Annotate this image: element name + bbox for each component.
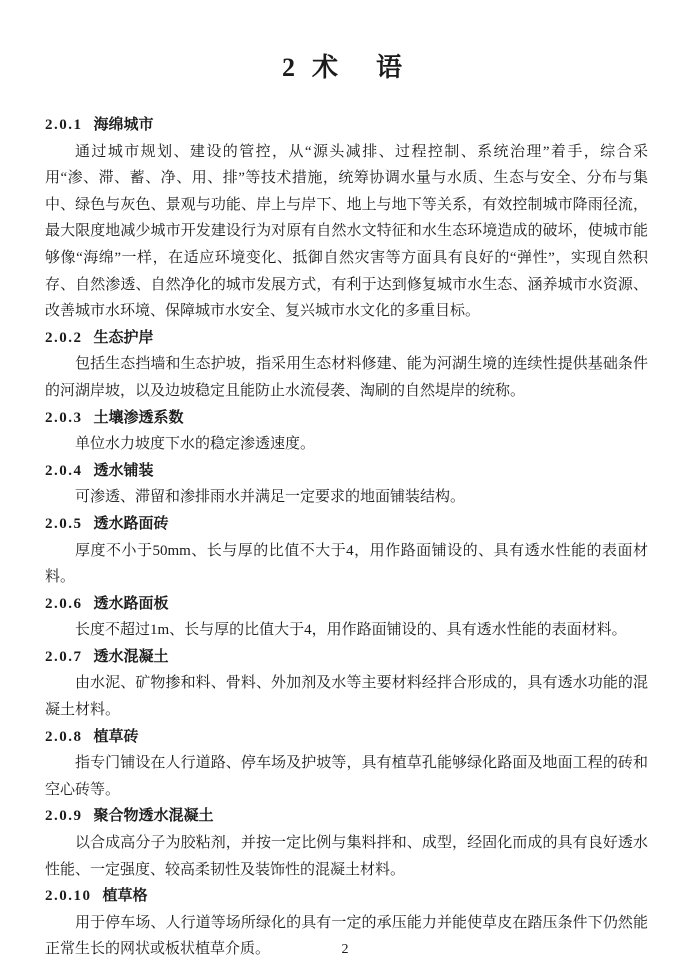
term-number: 2.0.4 [45,463,83,479]
term-definition: 单位水力坡度下水的稳定渗透速度。 [45,431,648,458]
term-name: 透水混凝土 [94,648,169,665]
term-heading: 2.0.9聚合物透水混凝土 [45,803,648,830]
term-section-2-0-3: 2.0.3土壤渗透系数 单位水力坡度下水的稳定渗透速度。 [45,405,648,458]
term-name: 土壤渗透系数 [94,409,184,426]
term-heading: 2.0.5透水路面砖 [45,511,648,538]
term-section-2-0-5: 2.0.5透水路面砖 厚度不小于50mm、长与厚的比值不大于4，用作路面铺设的、… [45,511,648,591]
term-definition: 长度不超过1m、长与厚的比值大于4，用作路面铺设的、具有透水性能的表面材料。 [45,617,648,644]
term-name: 透水路面砖 [94,515,169,532]
term-section-2-0-9: 2.0.9聚合物透水混凝土 以合成高分子为胶粘剂，并按一定比例与集料拌和、成型，… [45,803,648,883]
term-heading: 2.0.4透水铺装 [45,458,648,485]
term-number: 2.0.3 [45,410,83,426]
term-heading: 2.0.2生态护岸 [45,325,648,352]
term-definition: 可渗透、滞留和渗排雨水并满足一定要求的地面铺装结构。 [45,484,648,511]
chapter-title-text: 术 语 [312,53,408,82]
document-page: 2术 语 2.0.1海绵城市 通过城市规划、建设的管控，从“源头减排、过程控制、… [0,0,690,978]
term-number: 2.0.10 [45,888,92,904]
term-name: 聚合物透水混凝土 [94,807,214,824]
term-heading: 2.0.1海绵城市 [45,112,648,139]
term-heading: 2.0.7透水混凝土 [45,644,648,671]
term-section-2-0-6: 2.0.6透水路面板 长度不超过1m、长与厚的比值大于4，用作路面铺设的、具有透… [45,591,648,644]
term-heading: 2.0.10植草格 [45,883,648,910]
term-section-2-0-1: 2.0.1海绵城市 通过城市规划、建设的管控，从“源头减排、过程控制、系统治理”… [45,112,648,325]
term-number: 2.0.9 [45,808,83,824]
term-section-2-0-2: 2.0.2生态护岸 包括生态挡墙和生态护坡，指采用生态材料修建、能为河湖生境的连… [45,325,648,405]
term-section-2-0-8: 2.0.8植草砖 指专门铺设在人行道路、停车场及护坡等，具有植草孔能够绿化路面及… [45,724,648,804]
term-name: 透水路面板 [94,595,169,612]
chapter-title: 2术 语 [0,50,690,86]
terms-content: 2.0.1海绵城市 通过城市规划、建设的管控，从“源头减排、过程控制、系统治理”… [45,112,648,963]
term-definition: 以合成高分子为胶粘剂，并按一定比例与集料拌和、成型，经固化而成的具有良好透水性能… [45,830,648,883]
term-definition: 厚度不小于50mm、长与厚的比值不大于4，用作路面铺设的、具有透水性能的表面材料… [45,538,648,591]
page-number: 2 [0,942,690,958]
term-name: 海绵城市 [94,116,154,133]
term-number: 2.0.8 [45,729,83,745]
term-heading: 2.0.3土壤渗透系数 [45,405,648,432]
term-number: 2.0.7 [45,649,83,665]
term-definition: 指专门铺设在人行道路、停车场及护坡等，具有植草孔能够绿化路面及地面工程的砖和空心… [45,750,648,803]
term-number: 2.0.2 [45,330,83,346]
term-section-2-0-4: 2.0.4透水铺装 可渗透、滞留和渗排雨水并满足一定要求的地面铺装结构。 [45,458,648,511]
term-name: 植草砖 [94,728,139,745]
chapter-number: 2 [282,53,296,82]
term-heading: 2.0.8植草砖 [45,724,648,751]
term-number: 2.0.6 [45,596,83,612]
term-number: 2.0.1 [45,117,83,133]
term-number: 2.0.5 [45,516,83,532]
term-name: 生态护岸 [94,329,154,346]
term-section-2-0-7: 2.0.7透水混凝土 由水泥、矿物掺和料、骨料、外加剂及水等主要材料经拌合形成的… [45,644,648,724]
term-definition: 通过城市规划、建设的管控，从“源头减排、过程控制、系统治理”着手，综合采用“渗、… [45,139,648,325]
term-name: 透水铺装 [94,462,154,479]
term-definition: 包括生态挡墙和生态护坡，指采用生态材料修建、能为河湖生境的连续性提供基础条件的河… [45,351,648,404]
term-definition: 由水泥、矿物掺和料、骨料、外加剂及水等主要材料经拌合形成的，具有透水功能的混凝土… [45,670,648,723]
term-heading: 2.0.6透水路面板 [45,591,648,618]
term-name: 植草格 [103,887,148,904]
